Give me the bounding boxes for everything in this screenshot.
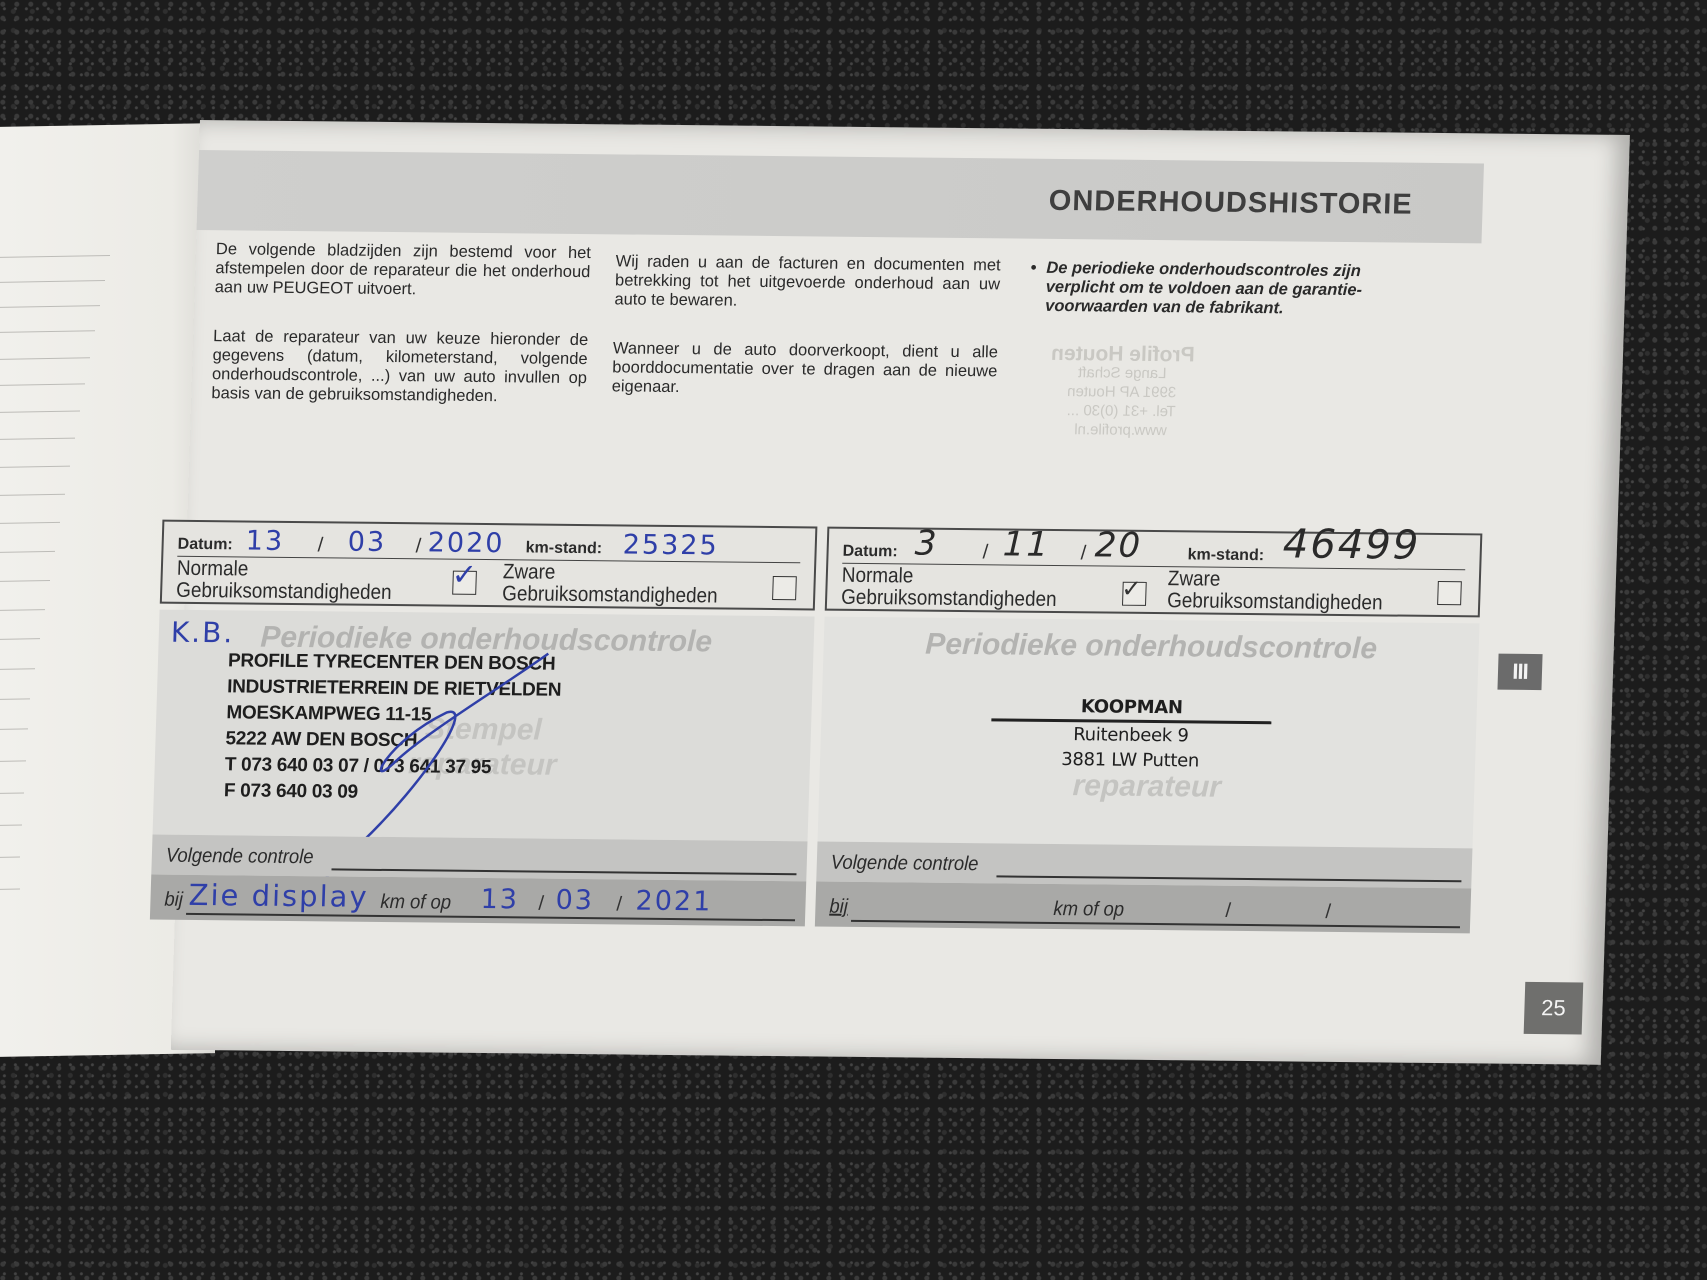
label-line: Gebruiksomstandigheden — [502, 583, 718, 607]
stamp-area: Periodieke onderhoudscontrole Stempel re… — [153, 610, 815, 842]
normal-conditions-label: Normale Gebruiksomstandigheden — [176, 558, 393, 604]
entry-header: Datum: 3 / 11 / 20 km-stand: 46499 Norma… — [825, 527, 1483, 618]
stamp-line: Ruitenbeek 9 — [1021, 722, 1242, 749]
bij-label: bij — [164, 889, 183, 912]
workshop-stamp: KOOPMAN Ruitenbeek 9 3881 LW Putten — [1020, 694, 1242, 774]
ruled-line — [0, 255, 110, 258]
km-stand-value[interactable]: 46499 — [1282, 521, 1421, 568]
date-separator: / — [1080, 542, 1086, 565]
service-entry-1: Datum: 13 / 03 / 2020 km-stand: 25325 No… — [149, 520, 817, 947]
date-separator: / — [538, 893, 544, 916]
normal-conditions-checkbox[interactable]: ✓ — [1122, 582, 1147, 606]
next-service-day[interactable]: 13 — [480, 884, 519, 915]
normal-conditions-checkbox[interactable]: ✓ — [452, 571, 477, 595]
stamp-line: T 073 640 03 07 / 073 641 37 95 — [224, 752, 559, 781]
ruled-line — [0, 857, 20, 858]
date-separator: / — [415, 535, 421, 558]
next-service-month[interactable]: 03 — [555, 885, 594, 916]
date-separator: / — [1225, 900, 1231, 923]
checkmark-icon: ✓ — [1121, 575, 1142, 604]
stamp-line: F 073 640 03 09 — [224, 778, 559, 807]
normal-conditions-label: Normale Gebruiksomstandigheden — [841, 565, 1058, 611]
ruled-line — [0, 698, 30, 700]
page-title: ONDERHOUDSHISTORIE — [1048, 185, 1413, 222]
km-of-op-label: km of op — [1053, 898, 1124, 922]
ruled-line — [0, 638, 40, 640]
intro-paragraph: Wij raden u aan de facturen en documente… — [614, 252, 1001, 313]
stamp-line: KOOPMAN — [991, 693, 1272, 724]
heavy-conditions-checkbox[interactable] — [1437, 581, 1462, 605]
intro-paragraph: De volgende bladzijden zijn bestemd voor… — [214, 240, 591, 301]
ruled-line — [0, 580, 50, 582]
datum-label: Datum: — [842, 543, 898, 562]
ruled-line — [0, 494, 65, 496]
date-separator: / — [982, 541, 988, 564]
ruled-line — [0, 280, 105, 283]
ruled-line — [0, 609, 45, 611]
stamp-line: 5222 AW DEN BOSCH — [225, 726, 560, 755]
next-service-km[interactable]: Zie display — [188, 878, 369, 914]
datum-row: Datum: 13 / 03 / 2020 km-stand: 25325 — [177, 526, 801, 564]
initials: K.B. — [170, 616, 234, 650]
next-service-row: Volgende controle — [151, 835, 807, 882]
underline — [851, 920, 1460, 928]
stamp-area-title: Periodieke onderhoudscontrole — [823, 627, 1479, 668]
next-service-due-row: bij km of op / / — [815, 881, 1471, 933]
underline — [996, 875, 1461, 881]
datum-row: Datum: 3 / 11 / 20 km-stand: 46499 — [842, 533, 1466, 571]
section-tab: III — [1497, 654, 1542, 690]
ruled-line — [0, 438, 75, 440]
ruled-line — [0, 824, 22, 825]
ruled-line — [0, 357, 90, 360]
ruled-line — [0, 522, 60, 524]
km-stand-value[interactable]: 25325 — [622, 529, 719, 561]
checkmark-icon: ✓ — [451, 558, 477, 593]
heavy-conditions-label: Zware Gebruiksomstandigheden — [1167, 568, 1384, 614]
label-line: Gebruiksomstandigheden — [841, 587, 1057, 611]
date-separator: / — [1325, 901, 1331, 924]
date-separator: / — [616, 893, 622, 916]
ruled-line — [0, 330, 95, 333]
stamp-line: PROFILE TYRECENTER DEN BOSCH — [228, 648, 563, 677]
date-month[interactable]: 03 — [347, 527, 386, 558]
ghost-stamp-line: www.profile.nl — [1010, 420, 1231, 441]
ruled-line — [0, 889, 20, 890]
next-service-due-row: bij Zie display km of op 13 / 03 / 2021 — [150, 875, 806, 927]
stamp-area: Periodieke onderhoudscontrole reparateur… — [818, 617, 1480, 849]
km-stand-label: km-stand: — [1187, 546, 1264, 565]
intro-paragraph: Wanneer u de auto doorverkoopt, dient u … — [611, 339, 998, 400]
date-month[interactable]: 11 — [1002, 524, 1051, 564]
intro-column-3: • De periodieke onderhoudscontroles zijn… — [1029, 259, 1406, 320]
ghost-stamp-line: Profile Houten — [1013, 344, 1234, 365]
service-entry-2: Datum: 3 / 11 / 20 km-stand: 46499 Norma… — [814, 527, 1482, 954]
ghost-stamp-line: Tel. +31 (0)30 ... — [1011, 401, 1232, 422]
date-separator: / — [317, 534, 323, 557]
heavy-conditions-checkbox[interactable] — [772, 576, 797, 600]
date-day[interactable]: 3 — [914, 524, 939, 564]
km-stand-label: km-stand: — [525, 539, 602, 558]
km-of-op-label: km of op — [380, 891, 451, 915]
ruled-line — [0, 792, 24, 793]
ruled-line — [0, 551, 55, 553]
ruled-line — [0, 410, 80, 412]
date-year[interactable]: 2020 — [427, 527, 505, 559]
date-day[interactable]: 13 — [245, 526, 284, 557]
stamp-line: MOESKAMPWEG 11-15 — [226, 700, 561, 729]
ruled-line — [0, 728, 28, 729]
datum-label: Datum: — [177, 536, 233, 555]
ruled-line — [0, 668, 35, 670]
bullet-icon: • — [1029, 259, 1037, 316]
next-service-label: Volgende controle — [166, 845, 314, 870]
stamp-line: INDUSTRIETERREIN DE RIETVELDEN — [227, 674, 562, 703]
ruled-line — [0, 383, 85, 385]
label-line: Gebruiksomstandigheden — [1167, 590, 1383, 614]
next-service-year[interactable]: 2021 — [635, 886, 713, 918]
workshop-stamp: PROFILE TYRECENTER DEN BOSCH INDUSTRIETE… — [224, 648, 563, 807]
warranty-note: De periodieke onderhoudscontroles zijn v… — [1045, 259, 1406, 320]
underline — [331, 868, 796, 874]
ghost-stamp-offset: Profile Houten Lange Schaft 3991 AP Hout… — [1010, 344, 1233, 441]
intro-column-2: Wij raden u aan de facturen en documente… — [610, 252, 1000, 430]
next-service-row: Volgende controle — [816, 842, 1472, 889]
ruled-line — [0, 305, 100, 308]
entry-header: Datum: 13 / 03 / 2020 km-stand: 25325 No… — [160, 520, 818, 611]
bij-label: bij — [829, 896, 848, 919]
maintenance-history-page: ONDERHOUDSHISTORIE De volgende bladzijde… — [171, 120, 1630, 1065]
heavy-conditions-label: Zware Gebruiksomstandigheden — [502, 561, 719, 607]
label-line: Gebruiksomstandigheden — [176, 580, 392, 604]
intro-column-1: De volgende bladzijden zijn bestemd voor… — [210, 240, 591, 437]
page-number: 25 — [1524, 982, 1584, 1035]
ghost-stamp-line: 3991 AP Houten — [1011, 382, 1232, 403]
intro-paragraph: Laat de reparateur van uw keuze hieronde… — [211, 327, 588, 407]
header-band: ONDERHOUDSHISTORIE — [197, 150, 1484, 243]
ruled-line — [0, 760, 26, 761]
stamp-line: 3881 LW Putten — [1020, 747, 1241, 774]
ruled-line — [0, 466, 70, 468]
next-service-label: Volgende controle — [830, 852, 978, 877]
date-year[interactable]: 20 — [1094, 525, 1143, 565]
ghost-stamp-line: Lange Schaft — [1012, 363, 1233, 384]
